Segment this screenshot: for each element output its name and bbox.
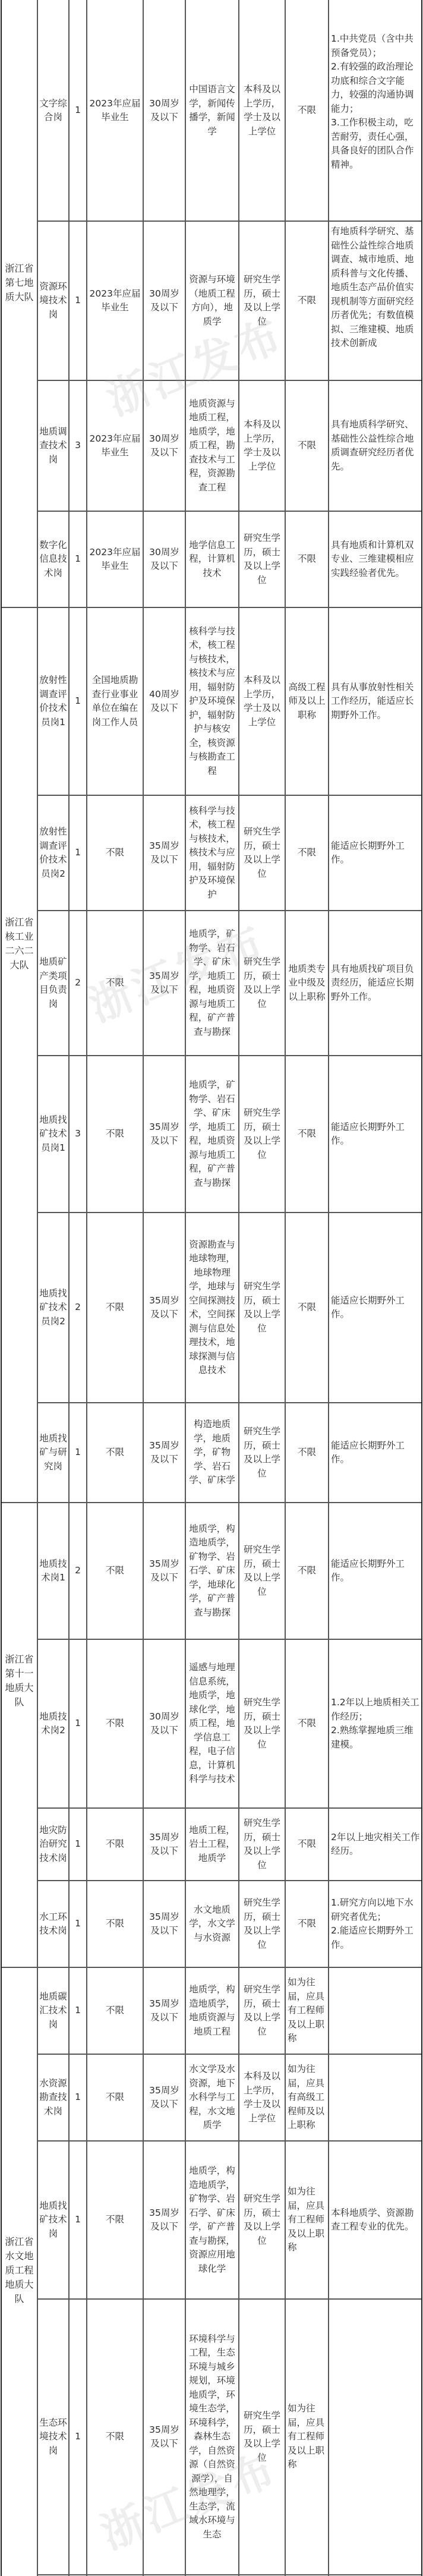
major-cell: 地质资源与地质工程，地质学，地质工程，勘查技术与工程，资源勘查工程 [185,380,239,511]
age-cell: 35周岁及以下 [143,1213,185,1403]
education-cell: 研究生学历，硕士及以上学位 [239,1639,285,1808]
requirements-cell: 1.中共党员（含中共预备党员）； 2.有较强的政治理论功底和综合文字能力，较强的… [329,0,422,221]
title-cell: 高级工程师及以上职称 [285,607,329,795]
age-cell: 35周岁及以下 [143,2141,185,2299]
position-cell: 地质找矿技术岗 [37,2141,69,2299]
title-cell: 不限 [285,1503,329,1639]
title-cell: 不限 [285,1213,329,1403]
position-cell: 放射性调查评价技术员岗2 [37,795,69,911]
education-cell: 本科及以上学历，学士及以上学位 [239,0,285,221]
major-cell: 地质学，构造地质学，矿物学、岩石学、矿床学，矿产普查与勘探，资源应用地球化学 [185,2141,239,2299]
age-cell: 35周岁及以下 [143,2299,185,2575]
title-cell: 不限 [285,1881,329,1967]
major-cell: 核科学与技术，核工程与核技术，核技术与应用，辐射防护及环境保护，辐射防护与核安全… [185,607,239,795]
count-cell: 3 [69,380,87,511]
column-divider [328,0,329,2576]
column-divider [1,0,2,2576]
target-cell: 不限 [87,1967,143,2054]
position-cell: 地质碳汇技术岗 [37,1967,69,2054]
column-divider [37,0,38,2576]
major-cell: 资源勘查与地球物理，地球物理学，地球与空间探测技术，空间探测与信息处理技术，地球… [185,1213,239,1403]
education-cell: 研究生学历，硕士及以上学位 [239,911,285,1056]
age-cell: 35周岁及以下 [143,1503,185,1639]
recruitment-table: 浙江省第七地质大队浙江省核工业二六二大队浙江省第十一地质大队浙江省水文地质工程地… [0,0,423,2576]
count-cell: 1 [69,2299,87,2575]
requirements-cell: 2年以上地灾相关工作经历。 [329,1808,422,1881]
title-cell: 不限 [285,380,329,511]
title-cell: 如为往届，应具有工程师及以上职称 [285,2299,329,2575]
age-cell: 35周岁及以下 [143,1967,185,2054]
position-cell: 地质矿产类项目负责岗 [37,911,69,1056]
education-cell: 本科及以上学历，学士及以上学位 [239,2054,285,2141]
count-cell: 2 [69,1503,87,1639]
position-cell: 文字综合岗 [37,0,69,221]
count-cell: 1 [69,221,87,380]
count-cell: 2 [69,1213,87,1403]
requirements-cell: 能适应长期野外工作。 [329,1403,422,1503]
position-cell: 地质调查技术岗 [37,380,69,511]
count-cell: 1 [69,1881,87,1967]
title-cell: 不限 [285,221,329,380]
requirements-cell [329,1967,422,2054]
education-cell: 研究生学历，硕士及以上学位 [239,221,285,380]
requirements-cell [329,2054,422,2141]
target-cell: 不限 [87,1403,143,1503]
education-cell: 本科及以上学历，学士及以上学位 [239,380,285,511]
major-cell: 中国语言文学，新闻传播学，新闻学 [185,0,239,221]
age-cell: 30周岁及以下 [143,0,185,221]
education-cell: 研究生学历，硕士及以上学位 [239,1881,285,1967]
title-cell: 不限 [285,1403,329,1503]
major-cell: 地质学，矿物学、岩石学、矿床学，地质工程，地质资源与地质工程，矿产普查与勘探 [185,911,239,1056]
major-cell: 地质学，矿物学、岩石学、矿床学，地质工程，地质资源与地质工程，矿产普查与勘探 [185,1056,239,1213]
requirements-cell: 能适应长期野外工作。 [329,1503,422,1639]
title-cell: 不限 [285,0,329,221]
target-cell: 不限 [87,1808,143,1881]
requirements-cell: 具有从事放射性相关工作经历，能适应长期野外工作。 [329,607,422,795]
title-cell: 地质类专业中级及以上职称 [285,911,329,1056]
count-cell: 1 [69,1967,87,2054]
target-cell: 不限 [87,795,143,911]
education-cell: 研究生学历，硕士及以上学位 [239,2299,285,2575]
age-cell: 35周岁及以下 [143,1808,185,1881]
target-cell: 2023年应届毕业生 [87,511,143,607]
position-cell: 地质技术岗2 [37,1639,69,1808]
major-cell: 地质学，构造地质学，地质资源与地质工程 [185,1967,239,2054]
column-divider [238,0,239,2576]
age-cell: 30周岁及以下 [143,511,185,607]
age-cell: 35周岁及以下 [143,1403,185,1503]
education-cell: 研究生学历，硕士及以上学位 [239,795,285,911]
count-cell: 1 [69,1808,87,1881]
target-cell: 全国地质勘查行业事业单位在编在岗工作人员 [87,607,143,795]
unit-name-cell: 浙江省第十一地质大队 [1,1503,37,1967]
title-cell: 如为往届，应具有工程师及以上职称 [285,2141,329,2299]
title-cell: 不限 [285,1808,329,1881]
major-cell: 地学信息工程，计算机技术 [185,511,239,607]
count-cell: 1 [69,2141,87,2299]
position-cell: 水工环技术岗 [37,1881,69,1967]
major-cell: 水文学及水资源，地下水科学与工程，水文地质学 [185,2054,239,2141]
count-cell: 1 [69,511,87,607]
target-cell: 2023年应届毕业生 [87,221,143,380]
column-divider [68,0,70,2576]
age-cell: 40周岁及以下 [143,607,185,795]
count-cell: 1 [69,795,87,911]
requirements-cell: 能适应长期野外工作。 [329,795,422,911]
major-cell: 地质学，构造地质学，矿物学、岩石学、矿床学，地球化学，矿产普查与勘探 [185,1503,239,1639]
requirements-cell: 具有地质找矿项目负责经历，能适应长期野外工作。 [329,911,422,1056]
target-cell: 2023年应届毕业生 [87,0,143,221]
education-cell: 研究生学历，硕士及以上学位 [239,1213,285,1403]
unit-name-cell: 浙江省水文地质工程地质大队 [1,1967,37,2576]
major-cell: 地质工程，岩土工程，地质学 [185,1808,239,1881]
row-divider [37,2574,422,2575]
title-cell: 不限 [285,1639,329,1808]
target-cell: 不限 [87,911,143,1056]
requirements-cell [329,2299,422,2575]
column-divider [86,0,87,2576]
position-cell: 数字化信息技术岗 [37,511,69,607]
count-cell: 1 [69,1639,87,1808]
position-cell: 地质找矿技术员岗1 [37,1056,69,1213]
target-cell: 不限 [87,1056,143,1213]
age-cell: 35周岁及以下 [143,1881,185,1967]
target-cell: 不限 [87,2054,143,2141]
position-cell: 放射性调查评价技术员岗1 [37,607,69,795]
title-cell: 如为往届，应具有工程师及以上职称 [285,1967,329,2054]
count-cell: 3 [69,1056,87,1213]
requirements-cell: 具有地质科学研究、基础性公益性综合地质调查研究经历者优先。 [329,380,422,511]
education-cell: 研究生学历，硕士及以上学位 [239,1967,285,2054]
count-cell: 1 [69,1403,87,1503]
major-cell: 核科学与技术，核工程与核技术，核技术与应用，辐射防护及环境保护 [185,795,239,911]
age-cell: 35周岁及以下 [143,2054,185,2141]
education-cell: 研究生学历，硕士及以上学位 [239,2141,285,2299]
position-cell: 地质找矿与研究岗 [37,1403,69,1503]
requirements-cell: 能适应长期野外工作。 [329,1213,422,1403]
count-cell: 2 [69,911,87,1056]
column-divider [143,0,144,2576]
age-cell: 30周岁及以下 [143,221,185,380]
education-cell: 本科及以上学历，学士及以上学位 [239,607,285,795]
count-cell: 1 [69,2054,87,2141]
education-cell: 研究生学历，硕士及以上学位 [239,511,285,607]
position-cell: 水资源勘查技术岗 [37,2054,69,2141]
column-divider [421,0,422,2576]
unit-name-cell: 浙江省第七地质大队 [1,0,37,607]
count-cell: 1 [69,0,87,221]
requirements-cell: 1.2年以上地质相关工作经历； 2.熟练掌握地质三维建模。 [329,1639,422,1808]
age-cell: 35周岁及以下 [143,1056,185,1213]
title-cell: 不限 [285,511,329,607]
column-divider [285,0,286,2576]
column-divider [185,0,186,2576]
target-cell: 不限 [87,2299,143,2575]
requirements-cell: 有地质科学研究、基础性公益性综合地质调查、城市地质、地质科普与文化传播、地质生态… [329,221,422,380]
major-cell: 构造地质学，地质学，矿物学、岩石学、矿床学 [185,1403,239,1503]
position-cell: 地质找矿技术员岗2 [37,1213,69,1403]
education-cell: 研究生学历，硕士及以上学位 [239,1503,285,1639]
age-cell: 30周岁及以下 [143,1639,185,1808]
requirements-cell: 具有地质和计算机双专业、三维建模相应实践经验者优先。 [329,511,422,607]
target-cell: 不限 [87,1213,143,1403]
major-cell: 资源与环境（地质工程方向），地质学 [185,221,239,380]
target-cell: 不限 [87,1639,143,1808]
title-cell: 不限 [285,1056,329,1213]
major-cell: 水文地质学，水文学与水资源 [185,1881,239,1967]
requirements-cell: 本科地质学、资源勘查工程专业的优先。 [329,2141,422,2299]
position-cell: 地灾防治研究技术岗 [37,1808,69,1881]
title-cell: 不限 [285,795,329,911]
position-cell: 地质技术岗1 [37,1503,69,1639]
position-cell: 生态环境技术岗 [37,2299,69,2575]
requirements-cell: 1.研究方向以地下水研究者优先； 2.能适应长期野外工作。 [329,1881,422,1967]
age-cell: 30周岁及以下 [143,380,185,511]
education-cell: 研究生学历，硕士及以上学位 [239,1808,285,1881]
major-cell: 遥感与地理信息系统，地质学，地球化学，地质工程，地学信息工程，电子信息，计算机科… [185,1639,239,1808]
education-cell: 研究生学历，硕士及以上学位 [239,1403,285,1503]
requirements-cell: 能适应长期野外工作。 [329,1056,422,1213]
target-cell: 不限 [87,1503,143,1639]
age-cell: 35周岁及以下 [143,795,185,911]
major-cell: 环境科学与工程，生态环境与城乡规划，环境地质学，环境生态学，环境科学，森林生态学… [185,2299,239,2575]
target-cell: 2023年应届毕业生 [87,380,143,511]
count-cell: 1 [69,607,87,795]
education-cell: 研究生学历，硕士及以上学位 [239,1056,285,1213]
position-cell: 资源环境技术岗 [37,221,69,380]
target-cell: 不限 [87,2141,143,2299]
target-cell: 不限 [87,1881,143,1967]
unit-name-cell: 浙江省核工业二六二大队 [1,607,37,1503]
title-cell: 如为往届，应具有高级工程师及以上职称 [285,2054,329,2141]
age-cell: 35周岁及以下 [143,911,185,1056]
